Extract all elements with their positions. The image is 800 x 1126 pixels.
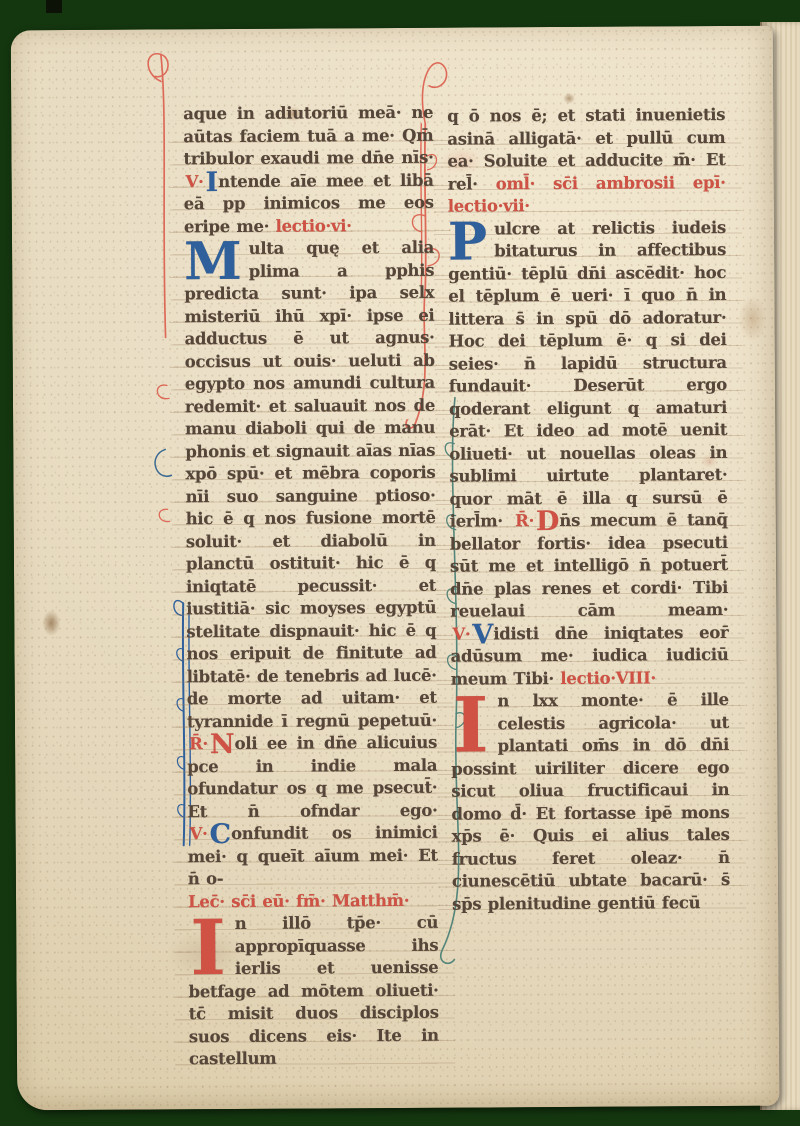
initial-m-blue: M <box>184 238 249 283</box>
versicle-mark: V· <box>188 824 210 843</box>
lectio-vii-block: Pulcre at relictis iudeis bitaturus in a… <box>448 216 729 690</box>
responsory-mark: R̄· <box>187 734 210 753</box>
initial-d-red: D <box>536 506 560 537</box>
rubric-lectio-vi: lectio·vi· <box>276 216 352 235</box>
parchment-stain <box>738 296 766 342</box>
parchment-stain <box>42 610 60 636</box>
parchment-stain <box>563 93 575 104</box>
manuscript-page: aque in adiutoriū meā· ne aūtas faciem t… <box>11 26 780 1111</box>
versicle-mark: V· <box>184 172 206 191</box>
gospel-continuation-block: q ō nos ē; et stati inuenietis asinā all… <box>447 104 726 218</box>
body-text: ulta quę et alia plima a pphis predicta … <box>184 238 437 731</box>
initial-n-red: N <box>210 729 235 760</box>
left-text-column: aque in adiutoriū meā· ne aūtas faciem t… <box>183 102 439 1071</box>
body-text: ulcre at relictis iudeis bitaturus in af… <box>448 217 727 530</box>
lectio-viii-block: In lxx monte· ē ille celestis agricola· … <box>451 689 730 916</box>
initial-p-blue: P <box>448 218 494 263</box>
rubric-lectio-viii: lectio·VIII· <box>560 668 656 688</box>
initial-i-blue: I <box>205 167 218 198</box>
body-text: aque in adiutoriū meā· ne aūtas faciem t… <box>183 103 433 169</box>
gospel-reading-block: In illō tp̄e· cū appropīquasse ihs ierli… <box>188 912 439 1071</box>
red-penwork-flourish-top-left <box>135 43 181 343</box>
initial-v-blue: V <box>472 619 493 650</box>
initial-c-blue: C <box>209 819 231 850</box>
initial-i-red: I <box>451 690 498 756</box>
initial-i-red: I <box>188 913 235 979</box>
rubric-ambrose-1: oml̄· sc̄i ambrosii <box>496 173 693 193</box>
responsory-mark: R̄· <box>513 511 536 530</box>
right-text-column: q ō nos ē; et stati inuenietis asinā all… <box>447 104 730 916</box>
margin-curls <box>143 369 188 539</box>
lectio-vi-block: Multa quę et alia plima a pphis predicta… <box>184 237 438 891</box>
psalm-verse-block: aque in adiutoriū meā· ne aūtas faciem t… <box>183 102 434 239</box>
binding-tab <box>46 0 62 13</box>
versicle-mark: V· <box>450 624 472 643</box>
